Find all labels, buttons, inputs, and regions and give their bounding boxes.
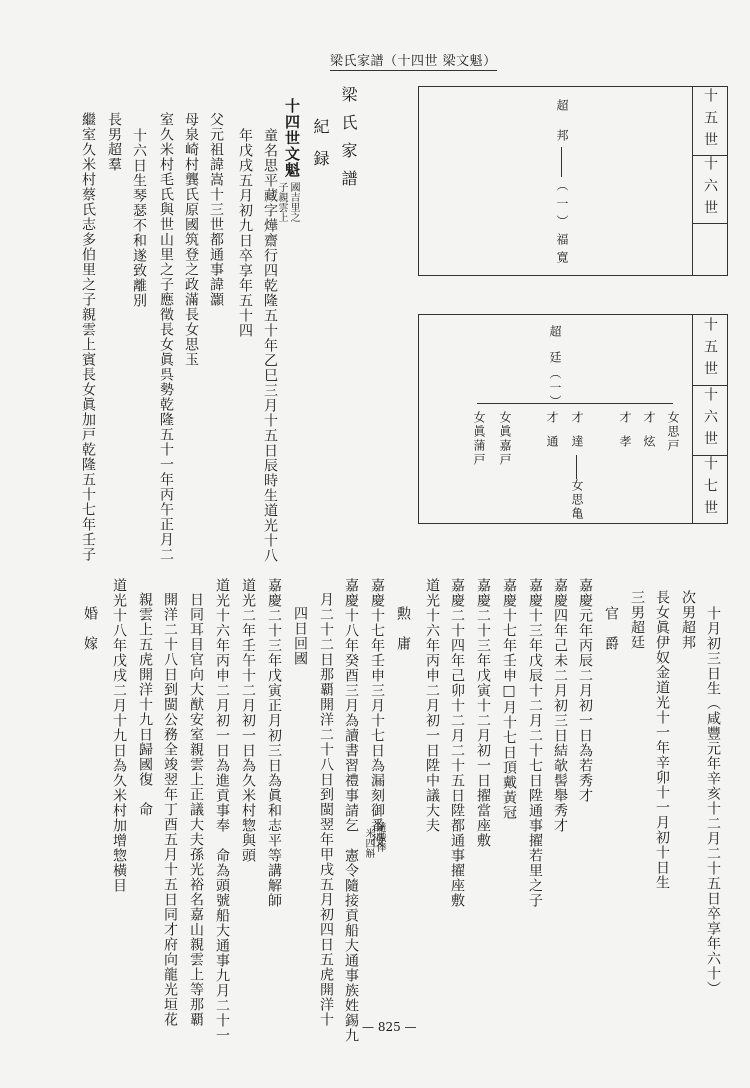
section-heading: 官 爵 (603, 606, 619, 651)
text-column: 親雲上五虎開洋十九日歸國復 命 (137, 592, 153, 817)
text-column: 長男超羣 (106, 112, 122, 172)
genealogy-chart-2: 十五世 十六世 十七世 超廷 （一） 女思戸 才炫 才孝 才達 才通 女眞嘉戸 … (418, 314, 728, 524)
section-heading: 婚 嫁 (82, 606, 98, 651)
child-name: 才達 (569, 411, 586, 459)
text-column: 三男超廷 (629, 590, 645, 650)
text-column: 室久米村毛氏與世山里之子應徵長女眞呉勢乾隆五十一年丙午正月二 (158, 112, 174, 562)
text-column: 嘉慶二十四年己卯十二月二十五日陞都通事擢座敷 (449, 578, 465, 908)
text-column: 十月初三日生（咸豐元年辛亥十二月二十五日卒享年六十） (705, 606, 721, 996)
stipend-note: 隨職俸 (374, 822, 385, 852)
grandchild-name: 女思亀 (569, 479, 586, 521)
text-column: 嘉慶四年己未二月初三日結欹髻舉秀才 (552, 578, 568, 833)
text-column: 四日回國 (292, 606, 308, 666)
page-number: — 825 — (362, 1020, 417, 1034)
text-column: 父元祖諱嵩十三世都通事諱灝 (208, 112, 224, 307)
text-column: 嘉慶十八年癸酉三月為讀書習禮事請乞 憲令隨接貢船大通事族姓錫九 (343, 578, 359, 1043)
child-name: 女思戸 (665, 411, 682, 453)
text-column: 長女眞伊奴金道光十一年辛卯十一月初十日生 (654, 590, 670, 890)
text-column: 次男超邦 (680, 590, 696, 650)
person-name: 十四世文魁 (284, 98, 300, 178)
father-name: 超邦 (554, 99, 571, 159)
tree-line (576, 455, 577, 479)
text-column: 道光十六年丙申二月初一日陞中議大夫 (424, 578, 440, 833)
stipend-note: 米四斛 (363, 828, 374, 858)
tree-line (477, 403, 673, 404)
child-name: （一）福寛 (554, 179, 571, 269)
generation-label: 十五世 (693, 315, 727, 386)
text-column: 道光二年壬午十二月初一日為久米村惣與頭 (240, 578, 256, 863)
generation-label: 十五世 (693, 87, 727, 156)
text-column: 嘉慶二十三年戊寅十二月初一日擢當座敷 (475, 578, 491, 848)
section-title: 紀録 (312, 118, 328, 182)
text-column: 十六日生琴瑟不和遂致離別 (131, 128, 147, 308)
child-name: 才孝 (617, 411, 634, 459)
text-column: 嘉慶二十三年戊寅正月初三日為眞和志平等講解師 (266, 578, 282, 908)
child-name: 女眞嘉戸 (497, 411, 514, 467)
clan-title: 梁氏家譜 (340, 86, 356, 198)
text-column: 月二十二日那覇開洋二十八日到閩翌年甲戌五月初四日五虎開洋十 (318, 592, 334, 1027)
tree-line (561, 147, 562, 177)
text-column: 嘉慶十七年壬申□月十七日頂戴黃冠 (501, 578, 517, 820)
generation-column: 十五世 十六世 (692, 87, 727, 275)
generation-label: 十七世 (693, 455, 727, 523)
text-column: 嘉慶十三年戊辰十二月二十七日陞通事擢若里之子 (527, 578, 543, 908)
text-column: 年戊戌五月初九日卒享年五十四 (237, 128, 253, 338)
genealogy-chart-1: 十五世 十六世 超邦 （一）福寛 (418, 86, 728, 276)
text-column: 嘉慶十七年壬申三月十七日為漏刻御番役 (369, 578, 385, 848)
text-column: 開洋二十八日到閩公務全竣翌年丁酉五月十五日同才府向龍光垣花 (162, 592, 178, 1027)
text-column: 童名思平藏字燁齋行四乾隆五十年乙巳三月十五日辰時生道光十八 (262, 128, 278, 563)
text-column: 嘉慶元年丙辰二月初一日為若秀才 (577, 578, 593, 803)
text-column: 母泉崎村龔氏原國筑登之政滿長女思玉 (183, 112, 199, 367)
page-header: 梁氏家譜（十四世 梁文魁） (330, 50, 497, 71)
section-heading: 勲 庸 (395, 606, 411, 651)
generation-column: 十五世 十六世 十七世 (692, 315, 727, 523)
generation-label: 十六世 (693, 155, 727, 224)
text-column: 道光十六年丙申二月初一日為進貢事奉 命為頭號船大通事九月二十一 (214, 578, 230, 1043)
text-column: 繼室久米村蔡氏志多伯里之子親雲上賓長女眞加戸乾隆五十七年壬子 (80, 112, 96, 562)
child-name: 才炫 (641, 411, 658, 459)
child-name: 女眞蒲戸 (471, 411, 488, 467)
text-column: 日同耳目官向大猷安室親雲上正議大夫孫光裕名嘉山親雲上等那覇 (188, 592, 204, 1027)
generation-label: 十六世 (693, 385, 727, 456)
person-note: 國吉里之 (288, 182, 299, 222)
child-name: 才通 (544, 411, 561, 459)
text-column: 道光十八年戊戌二月十九日為久米村加增惣橫目 (111, 578, 127, 893)
